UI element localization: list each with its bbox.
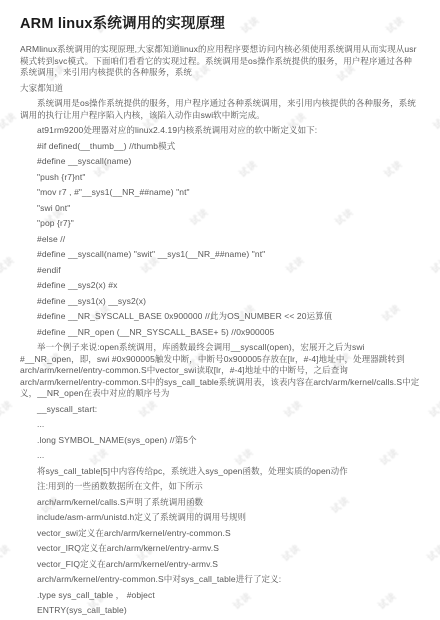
code-line: #define __syscall(name) "swit" __sys1(__… bbox=[20, 249, 420, 261]
paragraph: vector_IRQ定义在arch/arm/kernel/entry-armv.… bbox=[20, 543, 420, 555]
code-line: ... bbox=[20, 450, 420, 462]
code-line: __syscall_start: bbox=[20, 404, 420, 416]
paragraph: arch/arm/kernel/calls.S声明了系统调用函数 bbox=[20, 497, 420, 509]
paragraph: 举一个例子来说:open系统调用，库函数最终会调用__syscall(open)… bbox=[20, 342, 420, 400]
code-line: #define __syscall(name) bbox=[20, 156, 420, 168]
code-line: #define __sys1(x) __sys2(x) bbox=[20, 296, 420, 308]
paragraph: vector_FIQ定义在arch/arm/kernel/entry-armv.… bbox=[20, 559, 420, 571]
code-line: #define __NR_SYSCALL_BASE 0x900000 //此为O… bbox=[20, 311, 420, 323]
page-title: ARM linux系统调用的实现原理 bbox=[20, 15, 420, 33]
paragraph: at91rm9200处理器对应的linux2.4.19内核系统调用对应的软中断定… bbox=[20, 125, 420, 137]
code-line: "pop {r7}" bbox=[20, 218, 420, 230]
code-line: "push {r7}nt" bbox=[20, 172, 420, 184]
paragraph: arch/arm/kernel/entry-common.S中对sys_call… bbox=[20, 574, 420, 586]
code-line: "mov r7 , #"__sys1(__NR_##name) "nt" bbox=[20, 187, 420, 199]
code-line: #endif bbox=[20, 265, 420, 277]
code-line: ENTRY(sys_call_table) bbox=[20, 605, 420, 617]
code-line: .long SYMBOL_NAME(sys_open) //第5个 bbox=[20, 435, 420, 447]
paragraph: include/asm-arm/unistd.h定义了系统调用的调用号规则 bbox=[20, 512, 420, 524]
code-line: .type sys_call_table ， #object bbox=[20, 590, 420, 602]
document-page: 试读试读试读试读试读试读试读试读试读试读试读试读试读试读试读试读试读试读试读试读… bbox=[0, 0, 440, 620]
code-line: ... bbox=[20, 419, 420, 431]
paragraph: 系统调用是os操作系统提供的服务，用户程序通过各种系统调用，来引用内核提供的各种… bbox=[20, 98, 420, 121]
code-line: "swi 0nt" bbox=[20, 203, 420, 215]
code-line: #else // bbox=[20, 234, 420, 246]
document-content: ARM linux系统调用的实现原理 ARMlinux系统调用的实现原理,大家都… bbox=[0, 0, 440, 617]
paragraph: vector_swi定义在arch/arm/kernel/entry-commo… bbox=[20, 528, 420, 540]
paragraph: 将sys_call_table[5]中内容传给pc，系统进入sys_open函数… bbox=[20, 466, 420, 478]
document-body: ARMlinux系统调用的实现原理,大家都知道linux的应用程序要想访问内核必… bbox=[20, 44, 420, 617]
code-line: #if defined(__thumb__) //thumb模式 bbox=[20, 141, 420, 153]
code-line: #define __NR_open (__NR_SYSCALL_BASE+ 5)… bbox=[20, 327, 420, 339]
paragraph: 大家都知道 bbox=[20, 83, 420, 95]
code-line: #define __sys2(x) #x bbox=[20, 280, 420, 292]
paragraph: ARMlinux系统调用的实现原理,大家都知道linux的应用程序要想访问内核必… bbox=[20, 44, 420, 79]
paragraph: 注:用到的一些函数数据所在文件，如下所示 bbox=[20, 481, 420, 493]
